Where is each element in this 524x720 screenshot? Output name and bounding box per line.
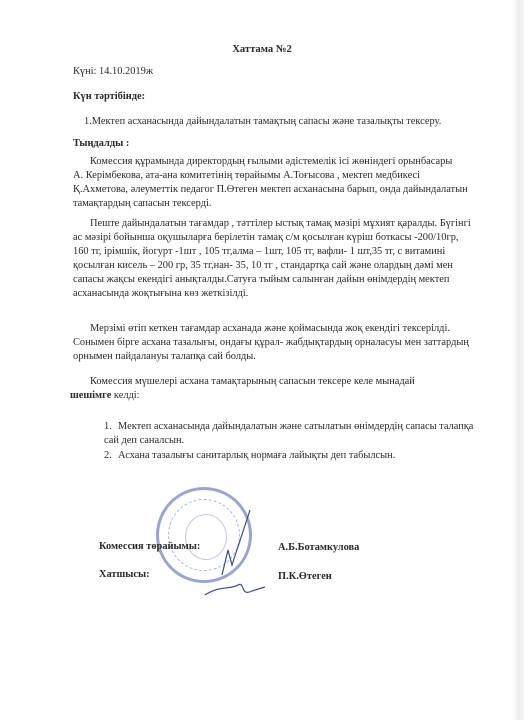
paragraph2-line: сапасы жақсы екендігі анықталды.Сатуға т… xyxy=(73,273,449,287)
paragraph3-line: Мерзімі өтіп кеткен тағамдар асханада жә… xyxy=(90,322,450,336)
document-page: Хаттама №2 Күні: 14.10.2019ж Күн тәртібі… xyxy=(0,0,524,720)
decision-rest: келді: xyxy=(111,390,139,401)
date-line: Күні: 14.10.2019ж xyxy=(73,65,153,79)
paragraph1-line: А. Керімбекова, ата-ана комитетінің төра… xyxy=(73,169,420,183)
signature-role-secretary: Хатшысы: xyxy=(99,568,150,582)
decision-text: Мектеп асханасында дайындалатын және сат… xyxy=(118,420,473,434)
paragraph3-line: Сонымен бірге асхана тазалығы, ондағы құ… xyxy=(73,336,469,350)
paragraph2-line: ас мәзірі бойынша оқушыларға берілетін т… xyxy=(73,231,459,245)
paragraph3-line: орнымен пайдалануы талапқа сай болды. xyxy=(73,350,256,364)
document-title: Хаттама №2 xyxy=(0,43,524,57)
signature-role-chair: Комессия төрайымы: xyxy=(99,540,200,554)
signature-icon xyxy=(200,505,270,615)
paragraph2-line: қосылған кисель – 200 гр, 35 тг,нан- 35,… xyxy=(73,259,453,273)
decision-number: 1. xyxy=(104,420,112,434)
decision-intro: шешімге келді: xyxy=(70,389,140,403)
signature-name-chair: А.Б.Ботамкулова xyxy=(278,541,359,555)
paragraph1-line: Комессия құрамында директордың ғылыми әд… xyxy=(90,155,452,169)
decision-bold-word: шешімге xyxy=(70,390,111,401)
decision-text: Асхана тазалығы санитарлық нормаға лайық… xyxy=(118,449,395,463)
decision-text: сай деп саналсын. xyxy=(104,434,184,448)
heard-heading: Тыңдалды : xyxy=(73,137,129,151)
paragraph2-line: 160 тг, ірімшік, йогурт -1шт , 105 тг,ал… xyxy=(73,245,445,259)
signature-name-secretary: П.К.Өтеген xyxy=(278,570,332,584)
paragraph1-line: тамақтардың сапасын тексерді. xyxy=(73,197,211,211)
agenda-item: 1.Мектеп асханасында дайындалатын тамақт… xyxy=(84,115,441,129)
paragraph4-line: Комессия мүшелері асхана тамақтарының са… xyxy=(90,375,415,389)
paragraph2-line: Пеште дайындалатын тағамдар , тәттілер ы… xyxy=(90,217,471,231)
decision-number: 2. xyxy=(104,449,112,463)
agenda-heading: Күн тәртібінде: xyxy=(73,90,145,104)
paragraph2-line: асханасында жоқтығына көз жеткізілді. xyxy=(73,287,248,301)
paragraph1-line: Қ.Ахметова, әлеуметтік педагог П.Өтеген … xyxy=(73,183,468,197)
